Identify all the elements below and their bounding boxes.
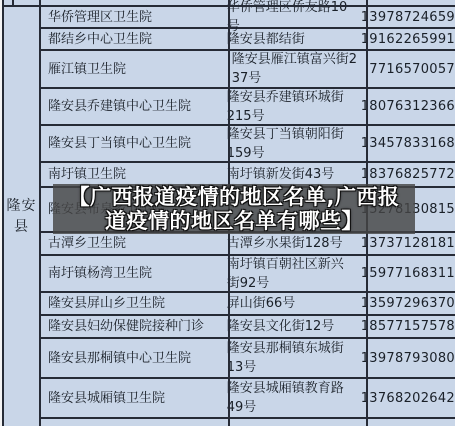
table-left-border [2,0,4,426]
facility-address: 隆安县丁当镇朝阳街159号 [227,125,351,163]
facility-phone-cell: 13737128181 [354,233,455,254]
bottom-partial-row [41,419,455,426]
facility-name-cell: 隆安县城厢镇卫生院 [41,379,222,417]
facility-phone-cell: 19162265991 [354,29,455,49]
facility-address-cell: 隆安县乔建镇环城街215号 [222,89,354,124]
caption-line-2: 道疫情的地区名单有哪些】 [105,209,363,233]
facility-address: 隆安县文化街12号 [227,317,335,336]
facility-phone: 15977168311 [361,264,455,283]
facility-phone-cell: 15977168311 [354,256,455,291]
facility-name: 隆安县丁当镇中心卫生院 [48,134,191,153]
table-row: 都结乡中心卫生院 隆安县都结街 19162265991 [41,29,455,51]
facility-name: 雁江镇卫生院 [48,60,126,79]
facility-name-cell: 雁江镇卫生院 [41,51,227,87]
facility-name-cell: 华侨管理区卫生院 [41,7,222,27]
facility-address-cell: 隆安县都结街 [222,29,354,49]
facility-address: 隆安县都结街 [227,30,305,49]
table-row: 隆安县丁当镇中心卫生院 隆安县丁当镇朝阳街159号 13457833168 [41,126,455,163]
facility-address: 隆安县那桐镇东城街13号 [227,339,351,377]
facility-address-cell [230,419,368,426]
facility-phone: 18577157578 [361,317,455,336]
caption-line-1: 【广西报道疫情的地区名单,广西报 [69,185,400,209]
facility-address: 南圩镇新发街43号 [227,165,335,184]
facility-phone: 13768202642 [361,389,455,408]
facility-address-cell: 南圩镇新发街43号 [222,163,354,186]
facility-phone: 7716570057 [369,60,455,79]
facility-name: 隆安县那桐镇中心卫生院 [48,349,191,368]
facility-phone: 13457833168 [361,134,455,153]
facility-name-cell: 隆安县妇幼保健院接种门诊 [41,316,222,337]
facility-name-cell: 都结乡中心卫生院 [41,29,222,49]
table-row: 华侨管理区卫生院 华侨管理区侨友路10号 13978724659 [41,7,455,29]
facility-name-cell: 隆安县那桐镇中心卫生院 [41,339,222,377]
facility-phone-cell: 13978724659 [354,7,455,27]
facility-name-cell: 隆安县乔建镇中心卫生院 [41,89,222,124]
facility-phone-cell: 13597296370 [354,293,455,314]
facility-address-cell: 隆安县丁当镇朝阳街159号 [222,126,354,161]
facility-address: 古潭乡水果街128号 [227,234,343,253]
caption-watermark: 【广西报道疫情的地区名单,广西报 道疫情的地区名单有哪些】 [53,184,415,234]
facility-name: 古潭乡卫生院 [48,234,126,253]
facility-name: 隆安县乔建镇中心卫生院 [48,97,191,116]
health-center-table-screenshot: 隆安县 华侨管理区卫生院 华侨管理区侨友路10号 13978724659 都结乡… [0,0,455,426]
facility-address-cell: 华侨管理区侨友路10号 [222,7,354,27]
facility-address: 南圩镇百朝社区新兴街92号 [227,255,351,293]
facility-address: 隆安县雁江镇富兴街237号 [232,50,360,88]
county-label: 隆安县 [7,196,37,238]
county-cell: 隆安县 [4,7,39,426]
facility-phone-cell: 13768202642 [354,379,455,417]
table-row: 古潭乡卫生院 古潭乡水果街128号 13737128181 [41,233,455,256]
facility-name: 都结乡中心卫生院 [48,30,152,49]
facility-phone-cell: 7716570057 [362,51,455,87]
table-row: 南圩镇杨湾卫生院 南圩镇百朝社区新兴街92号 15977168311 [41,256,455,293]
facility-phone-cell: 18376825772 [354,163,455,186]
facility-name-cell [41,419,230,426]
facility-phone: 13978724659 [361,8,455,27]
facility-phone: 19162265991 [361,30,455,49]
facility-address-cell: 隆安县那桐镇东城街13号 [222,339,354,377]
facility-phone-cell: 18577157578 [354,316,455,337]
facility-name-cell: 南圩镇杨湾卫生院 [41,256,222,291]
table-row: 隆安县屏山乡卫生院 屏山街66号 13597296370 [41,293,455,316]
facility-name: 华侨管理区卫生院 [48,8,152,27]
facility-address: 隆安县城厢镇教育路49号 [227,379,351,417]
facility-name-cell: 古潭乡卫生院 [41,233,222,254]
table-row: 隆安县那桐镇中心卫生院 隆安县那桐镇东城街13号 13978793080 [41,339,455,379]
table-row: 隆安县乔建镇中心卫生院 隆安县乔建镇环城街215号 18076312366 [41,89,455,126]
facility-name: 隆安县屏山乡卫生院 [48,294,165,313]
table-row: 隆安县妇幼保健院接种门诊 隆安县文化街12号 18577157578 [41,316,455,339]
county-column-border [39,0,41,426]
facility-name: 隆安县妇幼保健院接种门诊 [48,317,204,336]
facility-phone: 18376825772 [361,165,455,184]
facility-name-cell: 隆安县丁当镇中心卫生院 [41,126,222,161]
facility-name: 隆安县城厢镇卫生院 [48,389,165,408]
facility-name-cell: 隆安县屏山乡卫生院 [41,293,222,314]
table-row: 隆安县城厢镇卫生院 隆安县城厢镇教育路49号 13768202642 [41,379,455,419]
facility-name: 南圩镇卫生院 [48,165,126,184]
facility-address-cell: 屏山街66号 [222,293,354,314]
facility-name: 南圩镇杨湾卫生院 [48,264,152,283]
facility-phone: 13737128181 [361,234,455,253]
facility-name-cell: 南圩镇卫生院 [41,163,222,186]
table-row: 雁江镇卫生院 隆安县雁江镇富兴街237号 7716570057 [41,51,455,89]
facility-phone: 18076312366 [361,97,455,116]
facility-address: 隆安县乔建镇环城街215号 [227,88,351,126]
facility-phone: 13978793080 [361,349,455,368]
facility-phone-cell: 13978793080 [354,339,455,377]
facility-phone: 13597296370 [361,294,455,313]
facility-phone-cell: 18076312366 [354,89,455,124]
facility-phone-cell [368,419,455,426]
facility-address-cell: 隆安县城厢镇教育路49号 [222,379,354,417]
facility-address: 屏山街66号 [227,294,296,313]
facility-address-cell: 隆安县雁江镇富兴街237号 [227,51,363,87]
facility-address-cell: 南圩镇百朝社区新兴街92号 [222,256,354,291]
facility-address-cell: 隆安县文化街12号 [222,316,354,337]
facility-phone-cell: 13457833168 [354,126,455,161]
facility-address-cell: 古潭乡水果街128号 [222,233,354,254]
